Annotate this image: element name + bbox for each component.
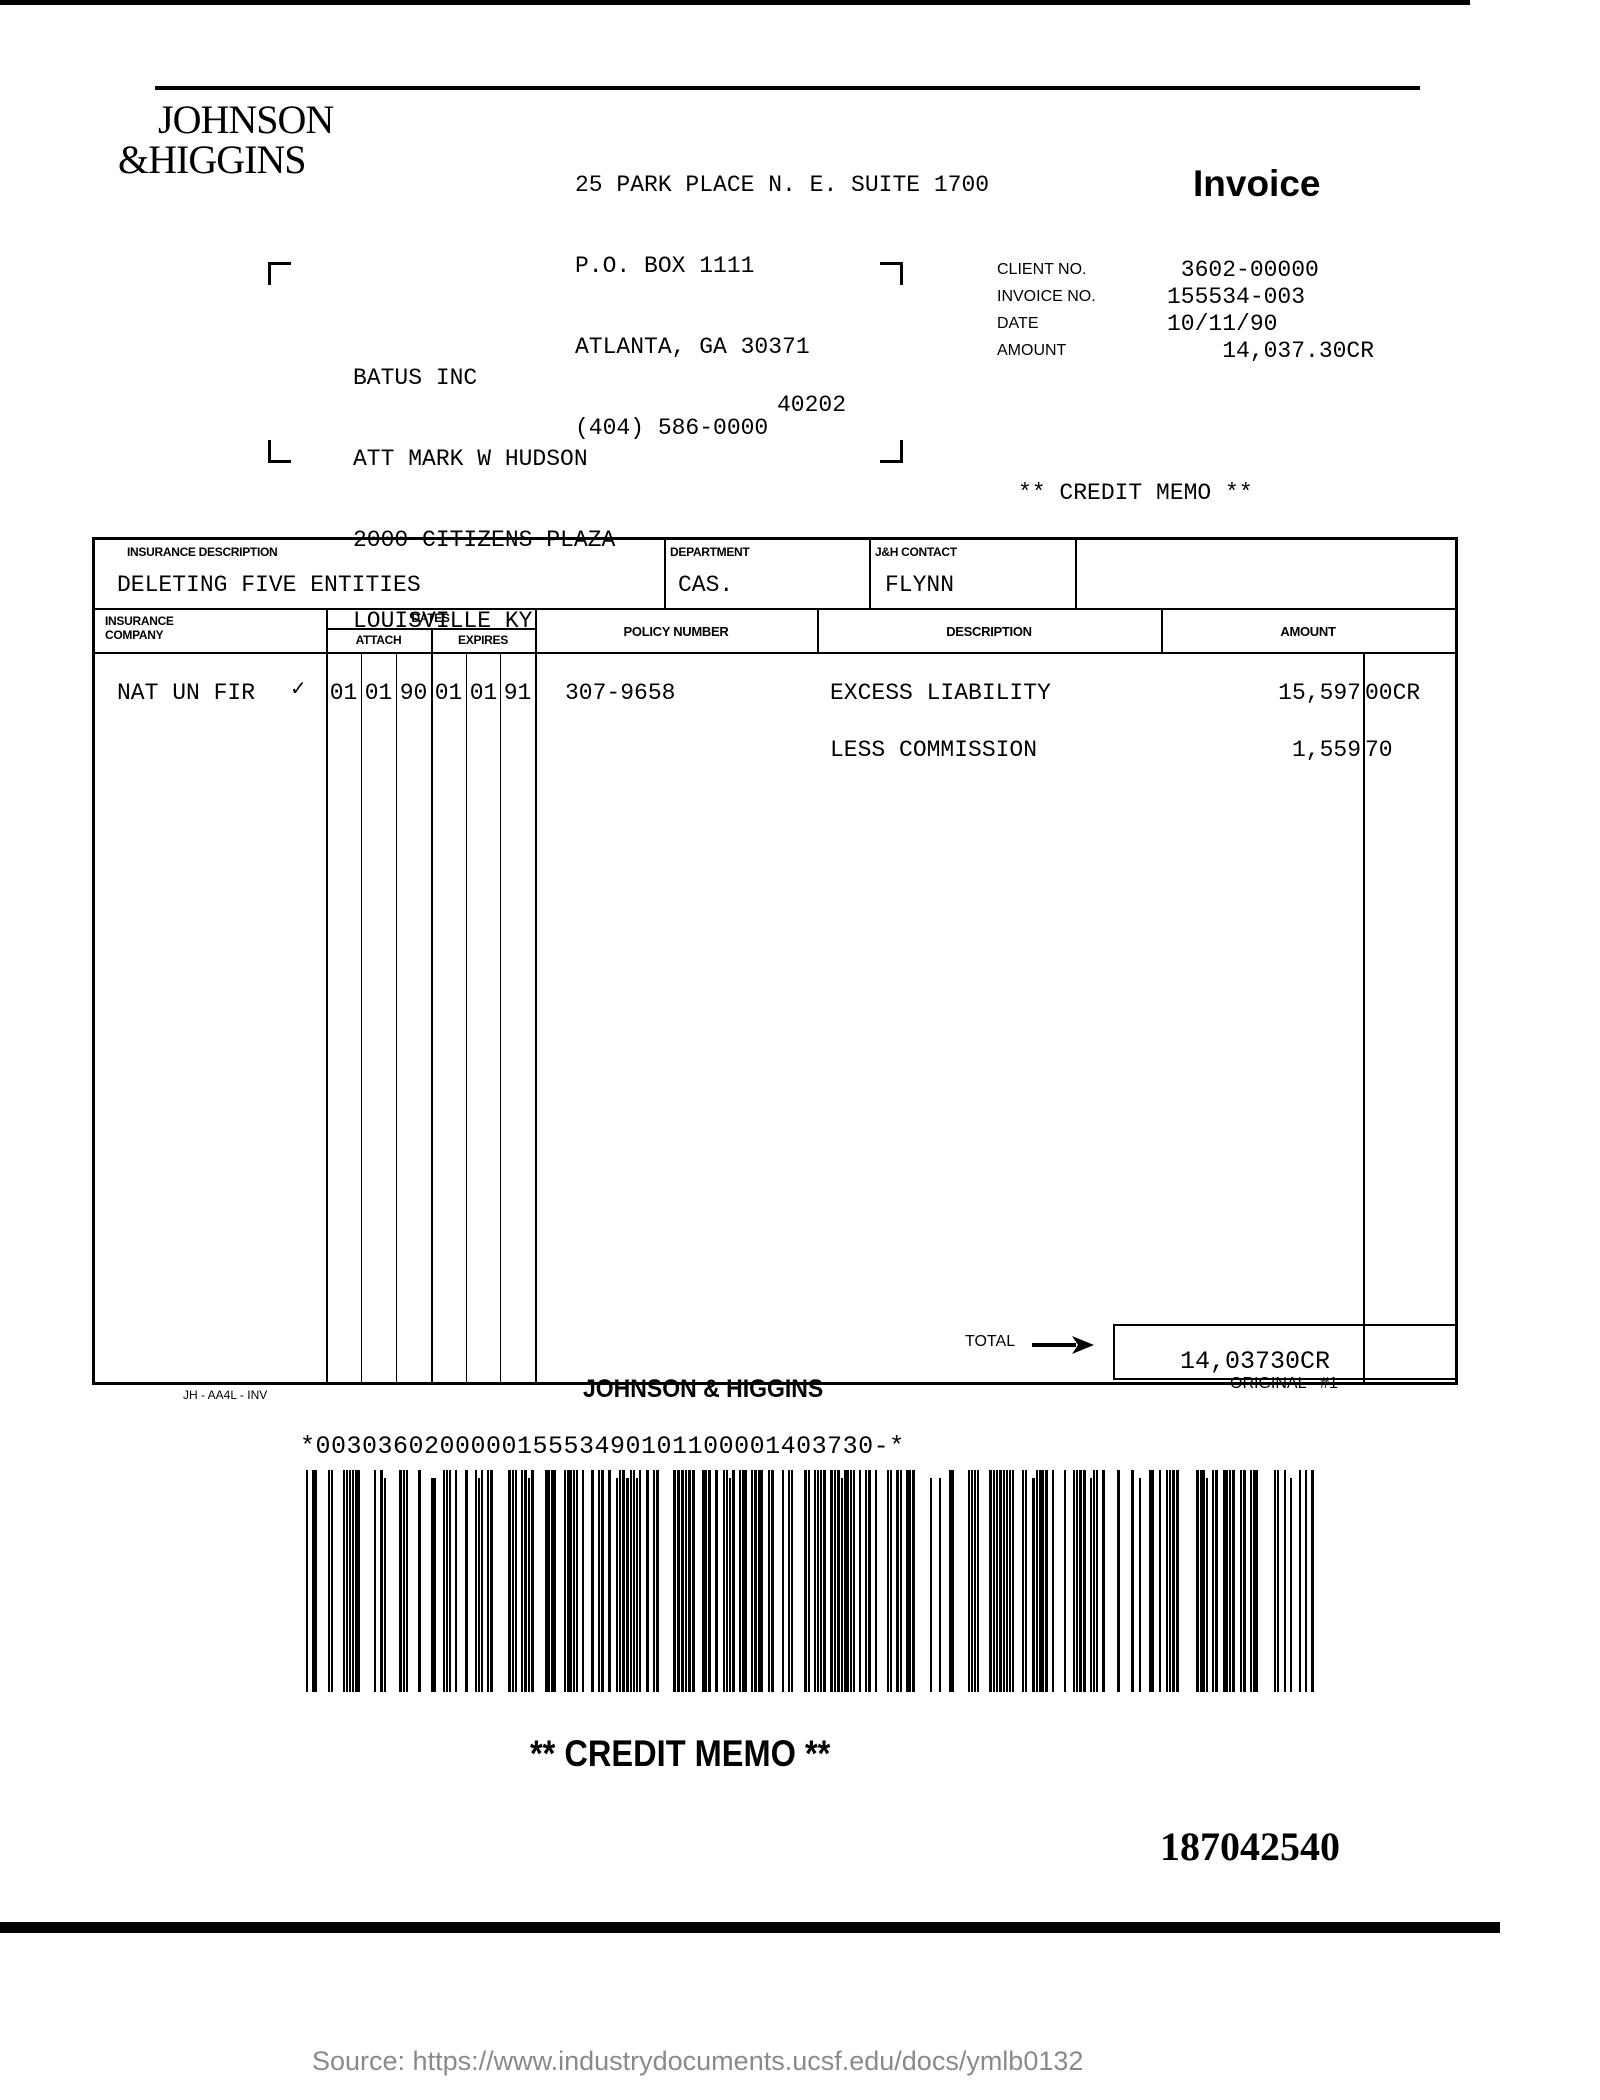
meta-row-client-no: CLIENT NO. 3602-00000 bbox=[997, 256, 1374, 283]
attach-year: 90 bbox=[396, 680, 431, 706]
meta-label: AMOUNT bbox=[997, 342, 1167, 360]
address-window-corner bbox=[268, 262, 291, 285]
header-divider bbox=[95, 652, 1455, 654]
meta-row-invoice-no: INVOICE NO. 155534-003 bbox=[997, 283, 1374, 310]
address-line: ATLANTA, GA 30371 bbox=[575, 334, 989, 361]
address-window-corner bbox=[268, 440, 291, 463]
expires-year: 91 bbox=[500, 680, 535, 706]
recipient-line: BATUS INC bbox=[353, 365, 615, 392]
header-attach: ATTACH bbox=[326, 633, 431, 647]
policy-number: 307-9658 bbox=[565, 680, 675, 706]
checkmark-icon: ✓ bbox=[290, 676, 307, 701]
barcode-text: *003036020000015553490101100001403730-* bbox=[300, 1432, 905, 1461]
meta-value: 14,037.30CR bbox=[1167, 338, 1374, 364]
address-line: 25 PARK PLACE N. E. SUITE 1700 bbox=[575, 172, 989, 199]
amount-cents: 70 bbox=[1365, 737, 1393, 763]
logo-line-1: JOHNSON bbox=[158, 100, 333, 140]
recipient-line: ATT MARK W HUDSON bbox=[353, 446, 615, 473]
document-title: Invoice bbox=[1193, 163, 1321, 205]
insurance-description-label: INSURANCE DESCRIPTION bbox=[127, 545, 277, 559]
meta-label: INVOICE NO. bbox=[997, 288, 1167, 306]
digit-divider bbox=[466, 652, 467, 1385]
header-dates: DATES bbox=[326, 611, 535, 625]
meta-label: DATE bbox=[997, 315, 1167, 333]
col-divider bbox=[664, 540, 666, 608]
header-description: DESCRIPTION bbox=[817, 624, 1161, 639]
total-dollars: 14,037 bbox=[1180, 1347, 1270, 1376]
amount-cents: 00CR bbox=[1365, 680, 1420, 706]
total-label: TOTAL bbox=[965, 1333, 1015, 1351]
meta-value: 3602-00000 bbox=[1167, 257, 1319, 283]
col-divider bbox=[1075, 540, 1077, 608]
col-divider bbox=[535, 608, 537, 1385]
address-window-corner bbox=[880, 262, 903, 285]
line-description: LESS COMMISSION bbox=[830, 737, 1037, 763]
digit-divider bbox=[500, 652, 501, 1385]
insurance-company: NAT UN FIR bbox=[117, 680, 255, 706]
meta-value: 10/11/90 bbox=[1167, 311, 1277, 337]
address-line: (404) 586-0000 bbox=[575, 415, 989, 442]
address-window-corner bbox=[880, 440, 903, 463]
logo-line-2: &HIGGINS bbox=[118, 140, 306, 180]
document-number: 187042540 bbox=[1160, 1823, 1340, 1870]
line-description: EXCESS LIABILITY bbox=[830, 680, 1051, 706]
total-cents: 30CR bbox=[1270, 1347, 1330, 1376]
invoice-table: INSURANCE DESCRIPTION DELETING FIVE ENTI… bbox=[92, 537, 1458, 1385]
footer-company-name: JOHNSON & HIGGINS bbox=[583, 1375, 823, 1404]
header-rule bbox=[155, 86, 1420, 90]
col-divider bbox=[326, 608, 328, 1385]
meta-value: 155534-003 bbox=[1167, 284, 1305, 310]
invoice-meta: CLIENT NO. 3602-00000 INVOICE NO. 155534… bbox=[997, 256, 1374, 364]
amount-dollars: 15,597 bbox=[1161, 680, 1361, 706]
row-divider bbox=[95, 608, 1455, 610]
recipient-zip: 40202 bbox=[777, 392, 846, 418]
digit-divider bbox=[361, 652, 362, 1385]
barcode bbox=[300, 1470, 1320, 1692]
header-amount: AMOUNT bbox=[1161, 624, 1455, 639]
expires-day: 01 bbox=[466, 680, 501, 706]
header-expires: EXPIRES bbox=[431, 633, 535, 647]
arrow-right-icon bbox=[1032, 1334, 1094, 1356]
meta-label: CLIENT NO. bbox=[997, 261, 1167, 279]
meta-row-date: DATE 10/11/90 bbox=[997, 310, 1374, 337]
meta-row-amount: AMOUNT 14,037.30CR bbox=[997, 337, 1374, 364]
credit-memo-banner: ** CREDIT MEMO ** bbox=[530, 1733, 830, 1775]
credit-memo-notice: ** CREDIT MEMO ** bbox=[1018, 480, 1253, 506]
header-policy-number: POLICY NUMBER bbox=[535, 624, 817, 639]
original-copy-label: ORIGINAL - #1 bbox=[1230, 1375, 1338, 1393]
amount-dollars: 1,559 bbox=[1161, 737, 1361, 763]
department-value: CAS. bbox=[678, 572, 733, 598]
contact-label: J&H CONTACT bbox=[875, 545, 957, 559]
source-citation: Source: https://www.industrydocuments.uc… bbox=[312, 2046, 1083, 2077]
total-amount: 14,03730CR bbox=[1180, 1347, 1330, 1376]
col-divider bbox=[869, 540, 871, 608]
department-label: DEPARTMENT bbox=[670, 545, 749, 559]
address-line: P.O. BOX 1111 bbox=[575, 253, 989, 280]
attach-month: 01 bbox=[326, 680, 361, 706]
digit-divider bbox=[396, 652, 397, 1385]
col-divider bbox=[431, 628, 433, 1385]
company-logo: JOHNSON &HIGGINS bbox=[118, 100, 398, 220]
insurance-description: DELETING FIVE ENTITIES bbox=[117, 572, 421, 598]
contact-value: FLYNN bbox=[885, 572, 954, 598]
attach-day: 01 bbox=[361, 680, 396, 706]
bottom-border bbox=[0, 1922, 1500, 1933]
header-insurance-company: INSURANCE COMPANY bbox=[105, 614, 225, 642]
form-code: JH - AA4L - INV bbox=[183, 1388, 267, 1402]
top-border bbox=[0, 0, 1470, 5]
expires-month: 01 bbox=[431, 680, 466, 706]
